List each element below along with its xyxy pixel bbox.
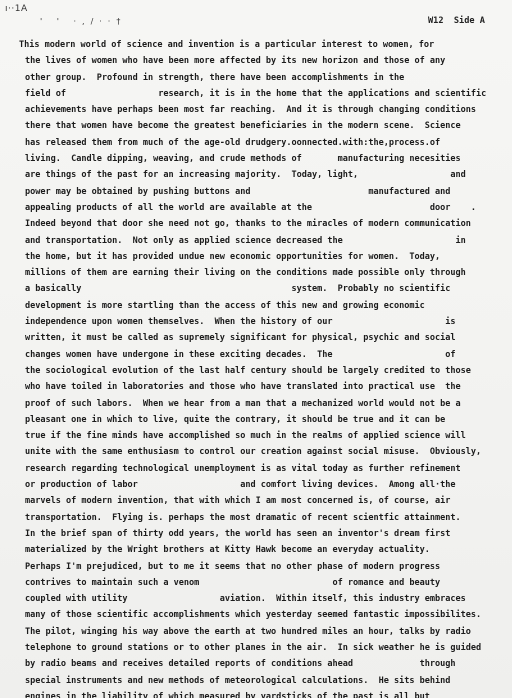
text-line: proof of such labors. When we hear from … — [19, 396, 509, 412]
text-line: Indeed beyond that door she need not go,… — [19, 216, 509, 232]
typed-document-page: ı··1A ' ' ·,/··† W12 Side A This modern … — [0, 0, 512, 698]
text-line: The pilot, winging his way above the ear… — [19, 624, 509, 640]
text-line: In the brief span of thirty odd years, t… — [19, 526, 509, 542]
text-line: or production of labor and comfort livin… — [19, 477, 509, 493]
text-line: are things of the past for an increasing… — [19, 167, 509, 183]
text-line: research regarding technological unemplo… — [19, 461, 509, 477]
text-line: a basically system. Probably no scientif… — [19, 281, 509, 297]
text-line: by radio beams and receives detailed rep… — [19, 656, 509, 672]
text-line: appealing products of all the world are … — [19, 200, 509, 216]
text-line: true if the fine minds have accomplished… — [19, 428, 509, 444]
text-line: changes women have undergone in these ex… — [19, 347, 509, 363]
text-line: pleasant one in which to live, quite the… — [19, 412, 509, 428]
text-line: millions of them are earning their livin… — [19, 265, 509, 281]
text-line: special instruments and new methods of m… — [19, 673, 509, 689]
text-line: marvels of modern invention, that with w… — [19, 493, 509, 509]
text-line: power may be obtained by pushing buttons… — [19, 184, 509, 200]
text-line: materialized by the Wright brothers at K… — [19, 542, 509, 558]
text-line: living. Candle dipping, weaving, and cru… — [19, 151, 509, 167]
text-line: telephone to ground stations or to other… — [19, 640, 509, 656]
text-line: the sociological evolution of the last h… — [19, 363, 509, 379]
text-line: many of those scientific accomplishments… — [19, 607, 509, 623]
text-line: coupled with utility aviation. Within it… — [19, 591, 509, 607]
text-line: Perhaps I'm prejudiced, but to me it see… — [19, 559, 509, 575]
document-body: This modern world of science and inventi… — [19, 37, 509, 698]
text-line: field of research, it is in the home tha… — [19, 86, 509, 102]
text-line: there that women have become the greates… — [19, 118, 509, 134]
text-line: engines in the liability of which measur… — [19, 689, 509, 698]
corner-archive-mark: ı··1A — [5, 4, 28, 14]
text-line: This modern world of science and inventi… — [19, 37, 509, 53]
handwritten-note: ' ' ·,/··† — [40, 17, 126, 26]
text-line: independence upon women themselves. When… — [19, 314, 509, 330]
text-line: and transportation. Not only as applied … — [19, 233, 509, 249]
text-line: written, it must be called as supremely … — [19, 330, 509, 346]
text-line: achievements have perhaps been most far … — [19, 102, 509, 118]
text-line: has released them from much of the age-o… — [19, 135, 509, 151]
text-line: unite with the same enthusiasm to contro… — [19, 444, 509, 460]
page-identifier: W12 Side A — [428, 16, 485, 26]
text-line: the lives of women who have been more af… — [19, 53, 509, 69]
text-line: development is more startling than the a… — [19, 298, 509, 314]
text-line: transportation. Flying is. perhaps the m… — [19, 510, 509, 526]
text-line: other group. Profound in strength, there… — [19, 70, 509, 86]
text-line: the home, but it has provided undue new … — [19, 249, 509, 265]
text-line: who have toiled in laboratories and thos… — [19, 379, 509, 395]
text-line: contrives to maintain such a venom of ro… — [19, 575, 509, 591]
